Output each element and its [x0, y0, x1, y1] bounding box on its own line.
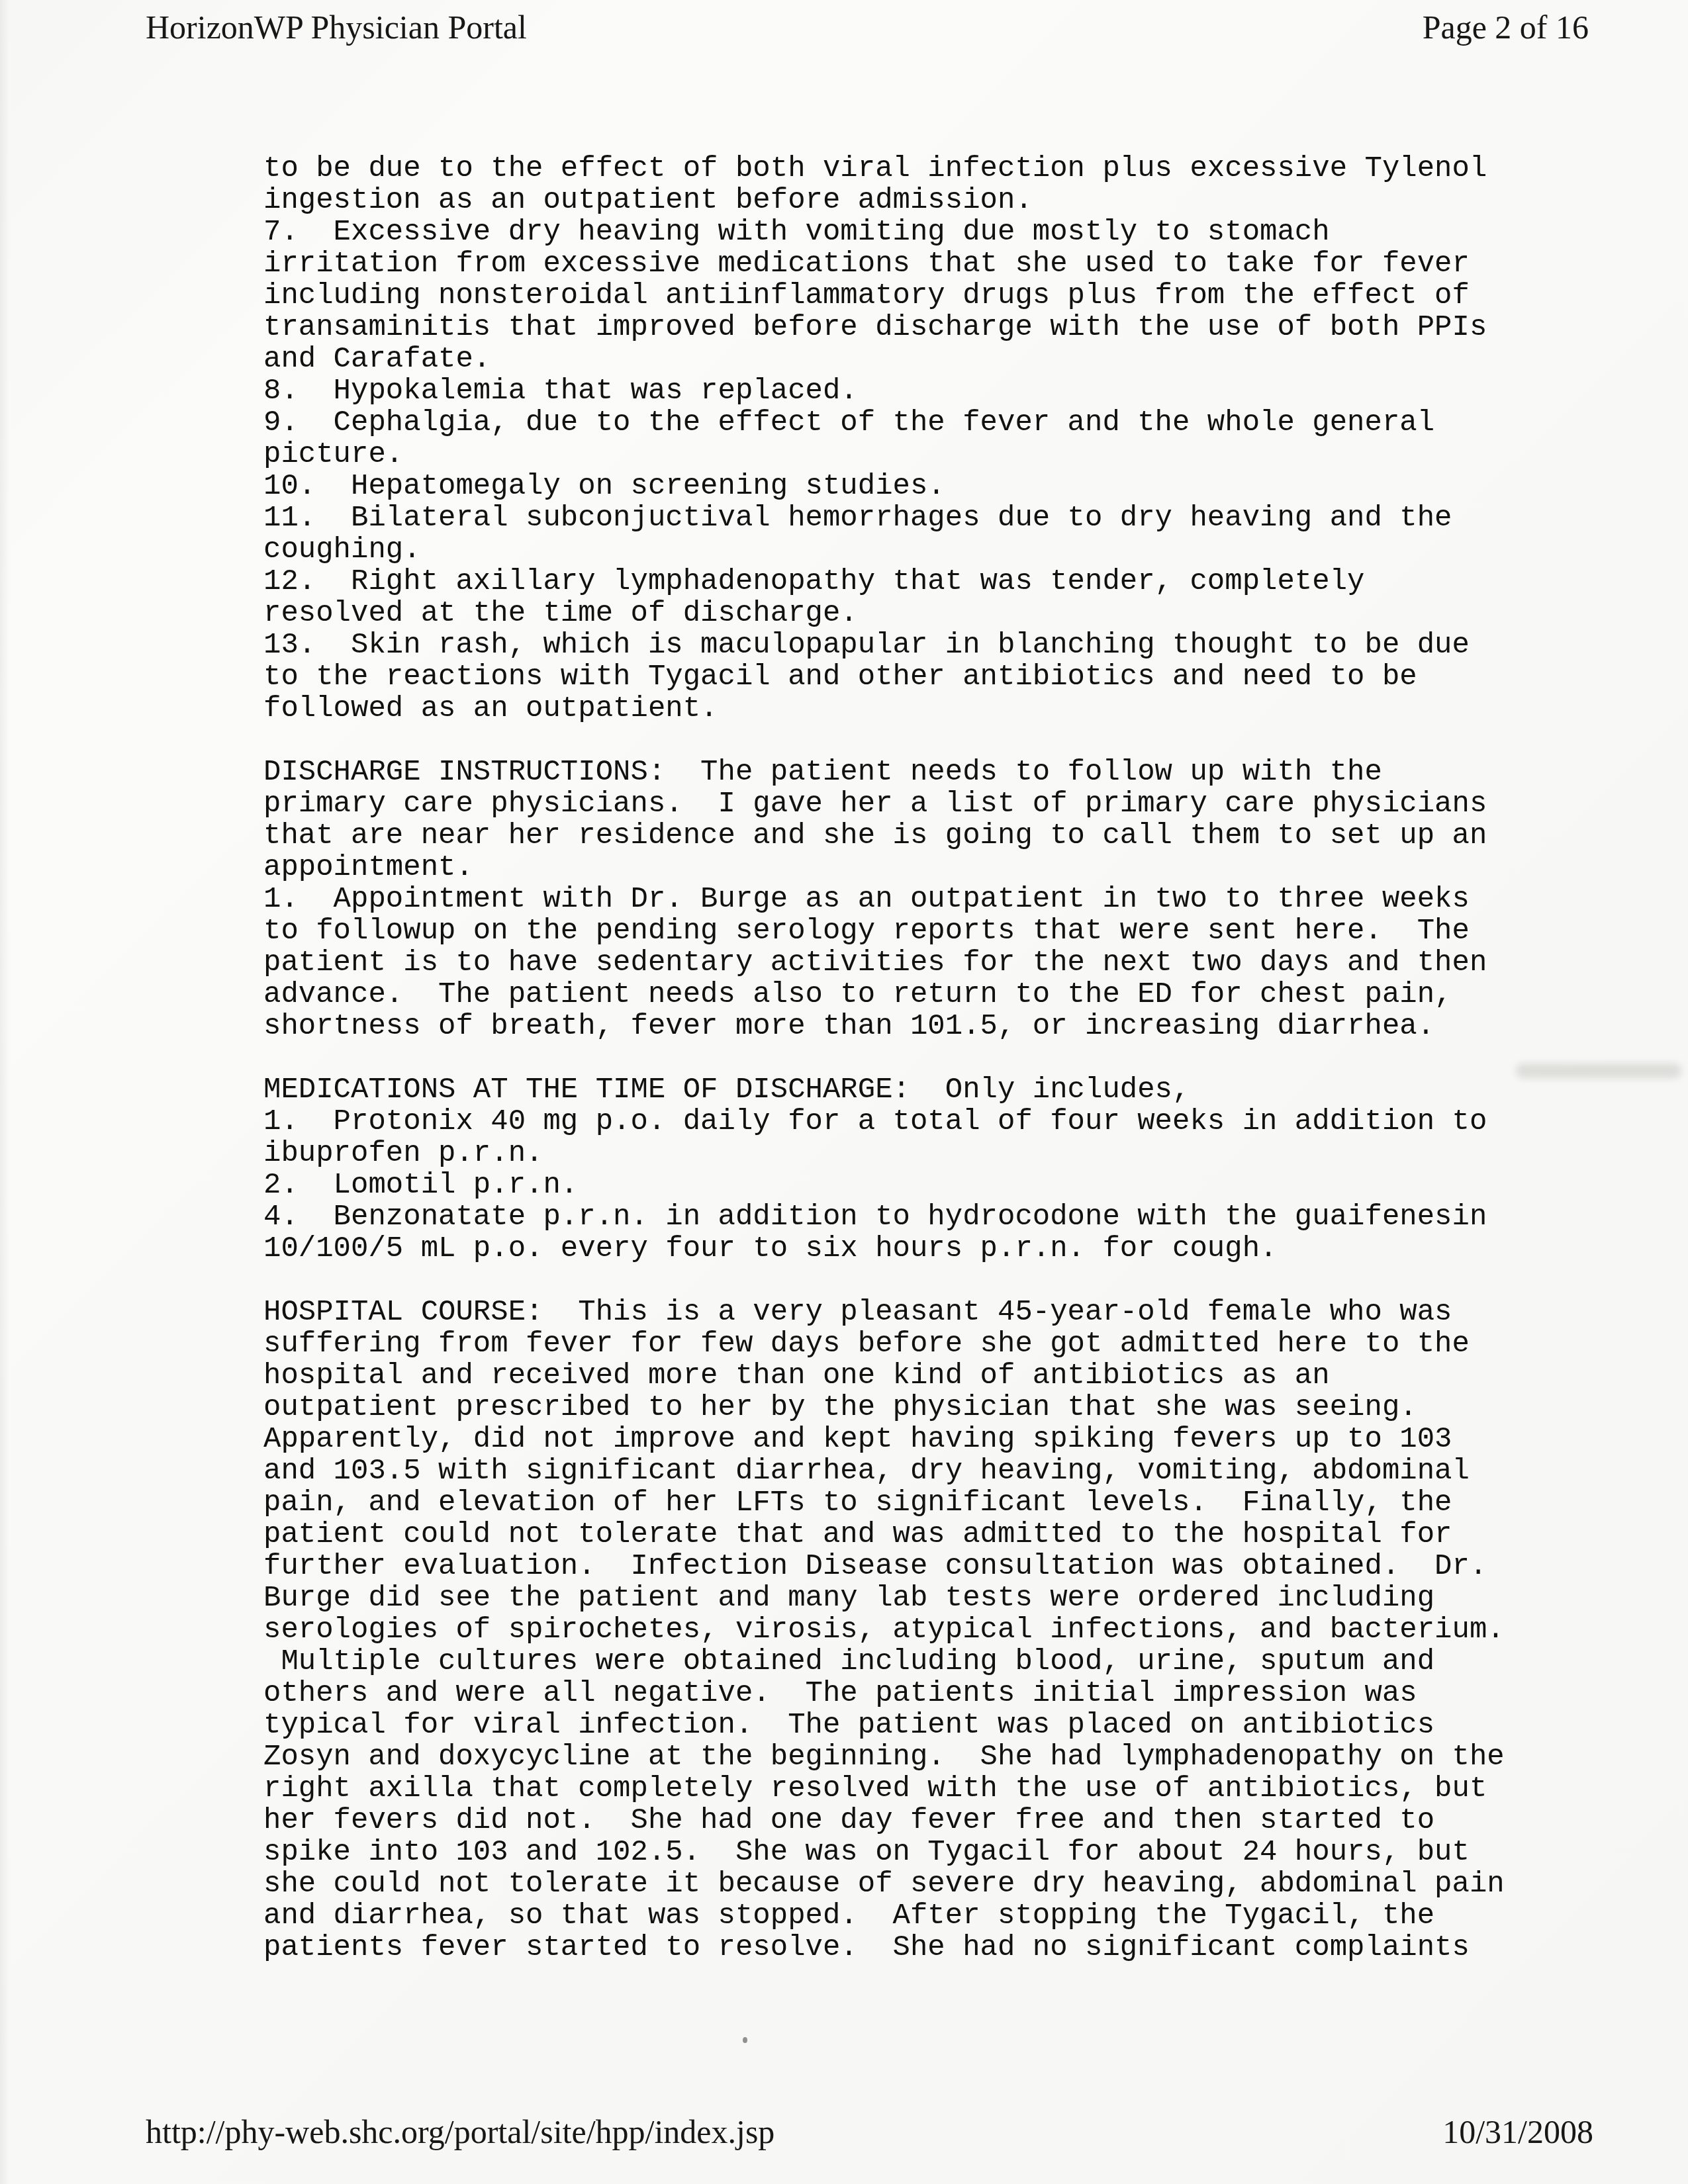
document-line: her fevers did not. She had one day feve… [263, 1805, 1505, 1837]
document-line: that are near her residence and she is g… [263, 820, 1505, 852]
document-line: patients fever started to resolve. She h… [263, 1932, 1505, 1964]
document-line: 7. Excessive dry heaving with vomiting d… [263, 216, 1505, 248]
document-line: further evaluation. Infection Disease co… [263, 1551, 1505, 1582]
document-line: serologies of spirochetes, virosis, atyp… [263, 1614, 1505, 1646]
scan-artifact-smudge [1516, 1064, 1681, 1078]
scan-artifact-dot [743, 2037, 747, 2043]
document-line: 10. Hepatomegaly on screening studies. [263, 471, 1505, 502]
document-line: DISCHARGE INSTRUCTIONS: The patient need… [263, 756, 1505, 788]
footer-date: 10/31/2008 [1442, 2113, 1593, 2151]
document-line: 10/100/5 mL p.o. every four to six hours… [263, 1233, 1505, 1265]
document-line: typical for viral infection. The patient… [263, 1709, 1505, 1741]
document-line: hospital and received more than one kind… [263, 1360, 1505, 1392]
document-line: including nonsteroidal antiinflammatory … [263, 280, 1505, 312]
document-section: HOSPITAL COURSE: This is a very pleasant… [263, 1297, 1505, 1964]
page-header: HorizonWP Physician Portal Page 2 of 16 [146, 8, 1589, 46]
document-line: irritation from excessive medications th… [263, 248, 1505, 280]
document-line: 9. Cephalgia, due to the effect of the f… [263, 407, 1505, 439]
document-line: resolved at the time of discharge. [263, 598, 1505, 629]
document-line: pain, and elevation of her LFTs to signi… [263, 1487, 1505, 1519]
footer-url: http://phy-web.shc.org/portal/site/hpp/i… [146, 2113, 774, 2151]
document-line: 4. Benzonatate p.r.n. in addition to hyd… [263, 1201, 1505, 1233]
page-footer: http://phy-web.shc.org/portal/site/hpp/i… [146, 2113, 1593, 2151]
document-line: to the reactions with Tygacil and other … [263, 661, 1505, 693]
document-line: and diarrhea, so that was stopped. After… [263, 1900, 1505, 1932]
document-line: to be due to the effect of both viral in… [263, 153, 1505, 185]
page-number-label: Page 2 of 16 [1423, 8, 1589, 46]
scan-edge-shading [0, 0, 9, 2184]
document-line: Zosyn and doxycycline at the beginning. … [263, 1741, 1505, 1773]
document-line: and Carafate. [263, 343, 1505, 375]
document-line: ibuprofen p.r.n. [263, 1138, 1505, 1169]
document-line: 12. Right axillary lymphadenopathy that … [263, 566, 1505, 598]
document-line: patient could not tolerate that and was … [263, 1519, 1505, 1551]
document-line: to followup on the pending serology repo… [263, 915, 1505, 947]
document-line: Burge did see the patient and many lab t… [263, 1582, 1505, 1614]
document-section: MEDICATIONS AT THE TIME OF DISCHARGE: On… [263, 1074, 1505, 1265]
document-line: primary care physicians. I gave her a li… [263, 788, 1505, 820]
portal-title: HorizonWP Physician Portal [146, 8, 527, 46]
document-line: followed as an outpatient. [263, 693, 1505, 725]
document-line: 11. Bilateral subconjuctival hemorrhages… [263, 502, 1505, 534]
document-line: Apparently, did not improve and kept hav… [263, 1424, 1505, 1455]
document-line: ingestion as an outpatient before admiss… [263, 185, 1505, 216]
document-line: 1. Appointment with Dr. Burge as an outp… [263, 884, 1505, 915]
document-line: shortness of breath, fever more than 101… [263, 1011, 1505, 1042]
scanned-document-page: HorizonWP Physician Portal Page 2 of 16 … [0, 0, 1688, 2184]
document-line: transaminitis that improved before disch… [263, 312, 1505, 343]
document-section: DISCHARGE INSTRUCTIONS: The patient need… [263, 756, 1505, 1042]
document-line: 1. Protonix 40 mg p.o. daily for a total… [263, 1106, 1505, 1138]
document-line: others and were all negative. The patien… [263, 1678, 1505, 1709]
document-line: spike into 103 and 102.5. She was on Tyg… [263, 1837, 1505, 1868]
document-line: patient is to have sedentary activities … [263, 947, 1505, 979]
document-line: and 103.5 with significant diarrhea, dry… [263, 1455, 1505, 1487]
document-line: she could not tolerate it because of sev… [263, 1868, 1505, 1900]
document-line: outpatient prescribed to her by the phys… [263, 1392, 1505, 1424]
document-line: 2. Lomotil p.r.n. [263, 1169, 1505, 1201]
document-line: coughing. [263, 534, 1505, 566]
document-line: 8. Hypokalemia that was replaced. [263, 375, 1505, 407]
document-line: appointment. [263, 852, 1505, 884]
document-line: 13. Skin rash, which is maculopapular in… [263, 629, 1505, 661]
document-line: advance. The patient needs also to retur… [263, 979, 1505, 1011]
document-body: to be due to the effect of both viral in… [263, 153, 1505, 1964]
document-line: right axilla that completely resolved wi… [263, 1773, 1505, 1805]
document-line: MEDICATIONS AT THE TIME OF DISCHARGE: On… [263, 1074, 1505, 1106]
document-section: to be due to the effect of both viral in… [263, 153, 1505, 725]
document-line: suffering from fever for few days before… [263, 1328, 1505, 1360]
document-line: Multiple cultures were obtained includin… [263, 1646, 1505, 1678]
document-line: picture. [263, 439, 1505, 471]
document-line: HOSPITAL COURSE: This is a very pleasant… [263, 1297, 1505, 1328]
